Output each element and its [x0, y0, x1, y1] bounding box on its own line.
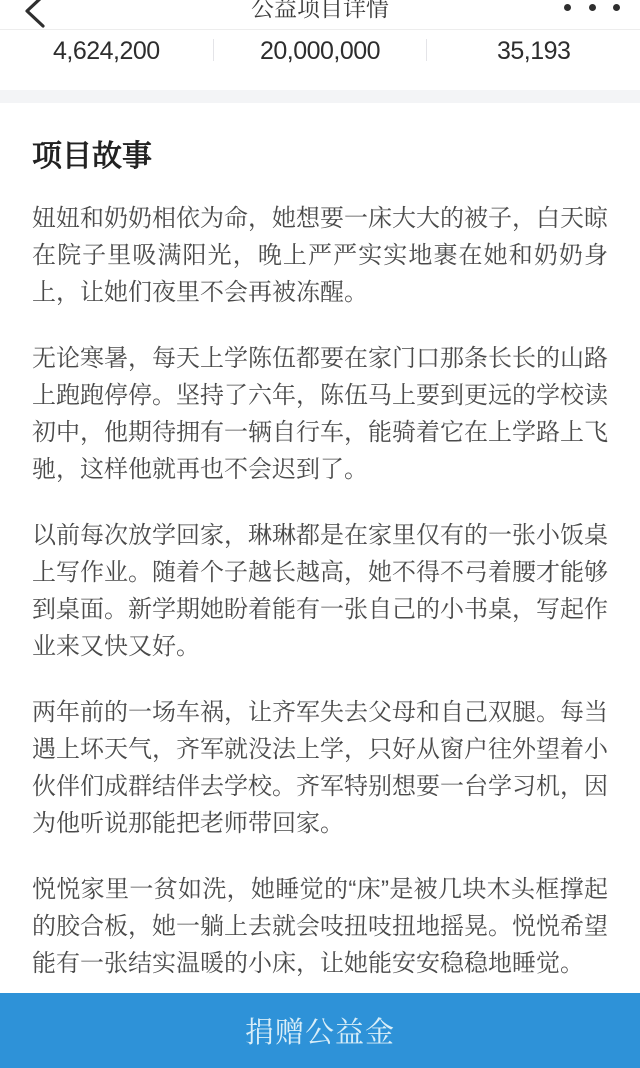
donate-button-label: 捐赠公益金 [245, 1010, 395, 1051]
story-paragraph: 无论寒暑，每天上学陈伍都要在家门口那条长长的山路上跑跑停停。坚持了六年，陈伍马上… [32, 340, 608, 488]
story-paragraph: 妞妞和奶奶相依为命，她想要一床大大的被子，白天晾在院子里吸满阳光，晚上严严实实地… [32, 200, 608, 311]
page-title: 公益项目详情 [0, 0, 640, 30]
story-heading: 项目故事 [32, 140, 608, 173]
story-paragraph: 两年前的一场车祸，让齐军失去父母和自己双腿。每当遇上坏天气，齐军就没法上学，只好… [32, 694, 608, 842]
ellipsis-icon [589, 4, 596, 11]
story-paragraph: 悦悦家里一贫如洗，她睡觉的“床”是被几块木头框撑起的胶合板，她一躺上去就会吱扭吱… [32, 871, 608, 982]
stat-raised-amount: 4,624,200 [0, 30, 213, 66]
more-menu-button[interactable] [564, 0, 620, 22]
ellipsis-icon [613, 4, 620, 11]
story-paragraph: 以前每次放学回家，琳琳都是在家里仅有的一张小饭桌上写作业。随着个子越长越高，她不… [32, 517, 608, 665]
nav-bar: 公益项目详情 [0, 0, 640, 30]
stat-goal-amount: 20,000,000 [214, 30, 427, 66]
ellipsis-icon [564, 4, 571, 11]
nav-bar-inner: 公益项目详情 [0, 0, 640, 30]
story-section: 项目故事 妞妞和奶奶相依为命，她想要一床大大的被子，白天晾在院子里吸满阳光，晚上… [0, 103, 640, 993]
stat-donor-count: 35,193 [427, 30, 640, 66]
stats-strip: 4,624,200 20,000,000 35,193 [0, 30, 640, 90]
section-separator [0, 90, 640, 103]
donate-button[interactable]: 捐赠公益金 [0, 993, 640, 1068]
